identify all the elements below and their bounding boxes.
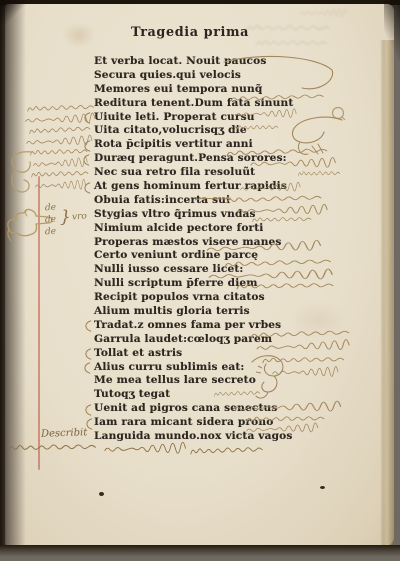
left-gloss-word: vro <box>72 211 87 222</box>
handwritten-note <box>262 355 348 365</box>
photograph-of-incunable-page: Tragedia prima Et verba locat. Nouit pau… <box>0 0 400 561</box>
page-title: Tragedia prima <box>131 25 249 40</box>
left-gloss-word: de <box>45 203 57 214</box>
pen-flourish <box>83 404 93 416</box>
page-bottom-edge <box>0 545 400 561</box>
pen-flourish <box>83 348 93 360</box>
show-through-text <box>246 24 334 33</box>
gloss-brace: } <box>60 207 71 227</box>
handwritten-note <box>8 442 100 454</box>
pen-flourish <box>82 362 92 374</box>
show-through-text <box>300 9 348 17</box>
verse-line: Nimium alcide pectore forti <box>94 222 334 236</box>
handwritten-note <box>250 158 338 169</box>
pen-flourish <box>83 320 93 332</box>
handwritten-note <box>236 281 338 292</box>
pen-flourish <box>222 50 342 98</box>
binding-gutter-shadow <box>0 0 30 561</box>
handwritten-note <box>236 205 330 216</box>
handwritten-note <box>298 170 342 179</box>
show-through-text <box>256 39 330 48</box>
bottom-marginal-label: Describit <box>41 427 88 440</box>
handwritten-note <box>35 180 87 191</box>
verse-line: Recipit populos vrna citatos <box>94 291 334 305</box>
left-gloss-word: de <box>45 227 57 238</box>
left-gloss-word: de <box>45 215 57 226</box>
scribble-doodle <box>4 148 38 196</box>
handwritten-note <box>272 367 340 377</box>
handwritten-note <box>214 389 262 399</box>
handwritten-note <box>252 215 314 224</box>
handwritten-note <box>104 443 188 454</box>
page-fore-edge <box>380 40 394 546</box>
ink-speck <box>99 492 104 496</box>
verse-line: Alium multis gloria terris <box>94 305 334 319</box>
manicule-icon <box>5 205 51 247</box>
handwritten-note <box>234 124 280 133</box>
ink-speck <box>320 486 325 489</box>
page-corner-shadow <box>0 0 26 24</box>
